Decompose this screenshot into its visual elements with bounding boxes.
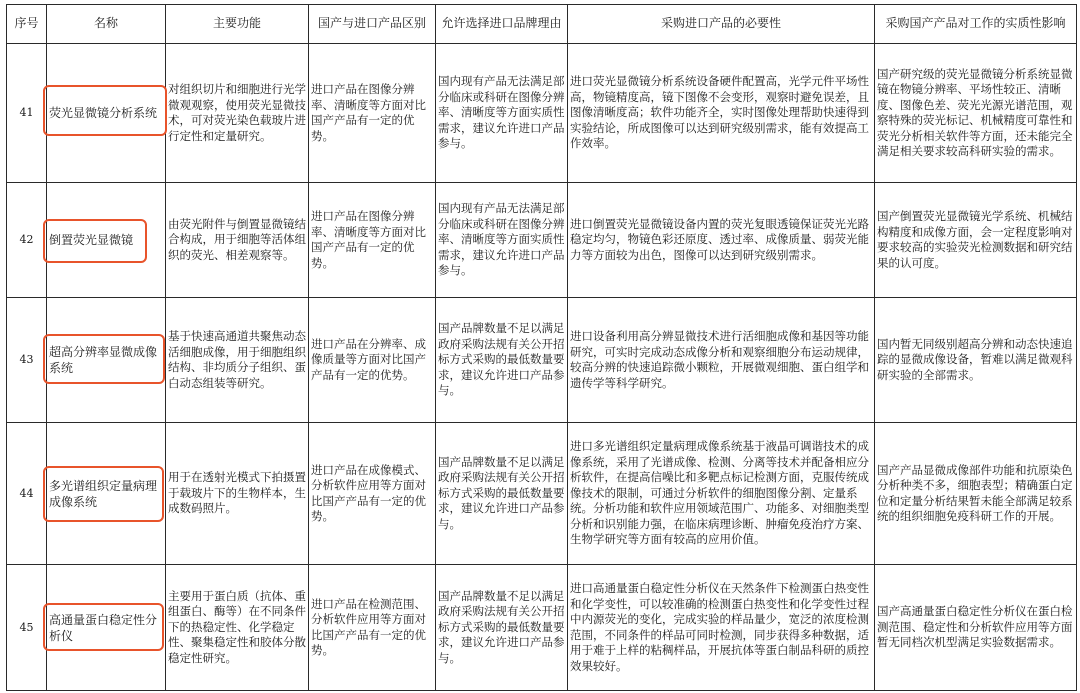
row-name: 多光谱组织定量病理成像系统 — [49, 478, 163, 510]
row-necessity: 进口多光谱组织定量病理成像系统基于液晶可调谐技术的成像系统，采用了光谱成像、检测… — [568, 423, 875, 565]
row-function: 用于在透射光模式下拍摄置于载玻片下的生物样本，生成数码照片。 — [166, 423, 309, 565]
row-name-cell: 倒置荧光显微镜 — [47, 183, 166, 298]
row-impact: 国内暂无同级别超高分辨和动态快速追踪的显微成像设备，暂难以满足微观科研实验的全部… — [875, 298, 1077, 423]
row-necessity: 进口倒置荧光显微镜设备内置的荧光复眼透镜保证荧光光路稳定均匀，物镜色彩还原度、透… — [568, 183, 875, 298]
row-name-cell: 荧光显微镜分析系统 — [47, 44, 166, 183]
row-name-cell: 超高分辨率显微成像系统 — [47, 298, 166, 423]
row-function: 由荧光附件与倒置显微镜结合构成，用于细胞等活体组织的荧光、相差观察等。 — [166, 183, 309, 298]
header-impact: 采购国产产品对工作的实质性影响 — [875, 5, 1077, 44]
row-impact: 国产倒置荧光显微镜光学系统、机械结构精度和成像方面，会一定程度影响对要求较高的实… — [875, 183, 1077, 298]
row-difference: 进口产品在成像模式、分析软件应用等方面对比国产产品有一定的优势。 — [309, 423, 436, 565]
row-necessity: 进口高通量蛋白稳定性分析仪在天然条件下检测蛋白热变性和化学变性，可以较准确的检测… — [568, 565, 875, 691]
row-reason: 国产品牌数量不足以满足政府采购法规有关公开招标方式采购的最低数量要求，建议允许进… — [436, 565, 568, 691]
row-reason: 国产品牌数量不足以满足政府采购法规有关公开招标方式采购的最低数量要求，建议允许进… — [436, 423, 568, 565]
header-reason: 允许选择进口品牌理由 — [436, 5, 568, 44]
row-function: 基于快速高通道共聚焦动态活细胞成像，用于细胞组织结构、非均质分子组织、蛋白动态组… — [166, 298, 309, 423]
row-difference: 进口产品在图像分辨率、清晰度等方面对比国产产品有一定的优势。 — [309, 44, 436, 183]
header-index: 序号 — [7, 5, 47, 44]
row-name: 超高分辨率显微成像系统 — [49, 344, 163, 376]
row-difference: 进口产品在检测范围、分析软件应用等方面对比国产产品有一定的优势。 — [309, 565, 436, 691]
row-name: 倒置荧光显微镜 — [49, 232, 163, 248]
row-impact: 国产高通量蛋白稳定性分析仪在蛋白检测范围、稳定性和分析软件应用等方面暂无同档次机… — [875, 565, 1077, 691]
row-reason: 国内现有产品无法满足部分临床或科研在图像分辨率、清晰度等方面实质性需求，建议允许… — [436, 44, 568, 183]
row-name-cell: 多光谱组织定量病理成像系统 — [47, 423, 166, 565]
row-function: 主要用于蛋白质（抗体、重组蛋白、酶等）在不同条件下的热稳定性、化学稳定性、聚集稳… — [166, 565, 309, 691]
header-name: 名称 — [47, 5, 166, 44]
row-name-cell: 高通量蛋白稳定性分析仪 — [47, 565, 166, 691]
header-necessity: 采购进口产品的必要性 — [568, 5, 875, 44]
row-name: 荧光显微镜分析系统 — [49, 105, 163, 121]
row-index: 41 — [7, 44, 47, 183]
table-row: 45 高通量蛋白稳定性分析仪 主要用于蛋白质（抗体、重组蛋白、酶等）在不同条件下… — [7, 565, 1077, 691]
table-row: 41 荧光显微镜分析系统 对组织切片和细胞进行光学微观观察，使用荧光显微技术，可… — [7, 44, 1077, 183]
row-impact: 国产研究级的荧光显微镜分析系统显微镜在物镜分辨率、平场性较正、清晰度、图像色差、… — [875, 44, 1077, 183]
table-row: 43 超高分辨率显微成像系统 基于快速高通道共聚焦动态活细胞成像，用于细胞组织结… — [7, 298, 1077, 423]
row-reason: 国内现有产品无法满足部分临床或科研在图像分辨率、清晰度等方面实质性需求，建议允许… — [436, 183, 568, 298]
header-difference: 国产与进口产品区别 — [309, 5, 436, 44]
row-reason: 国产品牌数量不足以满足政府采购法规有关公开招标方式采购的最低数量要求，建议允许进… — [436, 298, 568, 423]
header-function: 主要功能 — [166, 5, 309, 44]
row-difference: 进口产品在图像分辨率、清晰度等方面对比国产产品有一定的优势。 — [309, 183, 436, 298]
row-difference: 进口产品在分辨率、成像质量等方面对比国产产品有一定的优势。 — [309, 298, 436, 423]
procurement-table: 序号 名称 主要功能 国产与进口产品区别 允许选择进口品牌理由 采购进口产品的必… — [6, 4, 1077, 691]
row-index: 45 — [7, 565, 47, 691]
row-function: 对组织切片和细胞进行光学微观观察，使用荧光显微技术，可对荧光染色载玻片进行定性和… — [166, 44, 309, 183]
row-name: 高通量蛋白稳定性分析仪 — [49, 612, 163, 644]
row-necessity: 进口设备利用高分辨显微技术进行活细胞成像和基因等功能研究，可实时完成动态成像分析… — [568, 298, 875, 423]
table-row: 42 倒置荧光显微镜 由荧光附件与倒置显微镜结合构成，用于细胞等活体组织的荧光、… — [7, 183, 1077, 298]
row-necessity: 进口荧光显微镜分析系统设备硬件配置高，光学元件平场性高，物镜精度高，镜下图像不会… — [568, 44, 875, 183]
row-index: 43 — [7, 298, 47, 423]
row-index: 42 — [7, 183, 47, 298]
row-impact: 国产产品显微成像部件功能和抗原染色分析种类不多，细胞表型；精确蛋白定位和定量分析… — [875, 423, 1077, 565]
row-index: 44 — [7, 423, 47, 565]
table-row: 44 多光谱组织定量病理成像系统 用于在透射光模式下拍摄置于载玻片下的生物样本，… — [7, 423, 1077, 565]
header-row: 序号 名称 主要功能 国产与进口产品区别 允许选择进口品牌理由 采购进口产品的必… — [7, 5, 1077, 44]
